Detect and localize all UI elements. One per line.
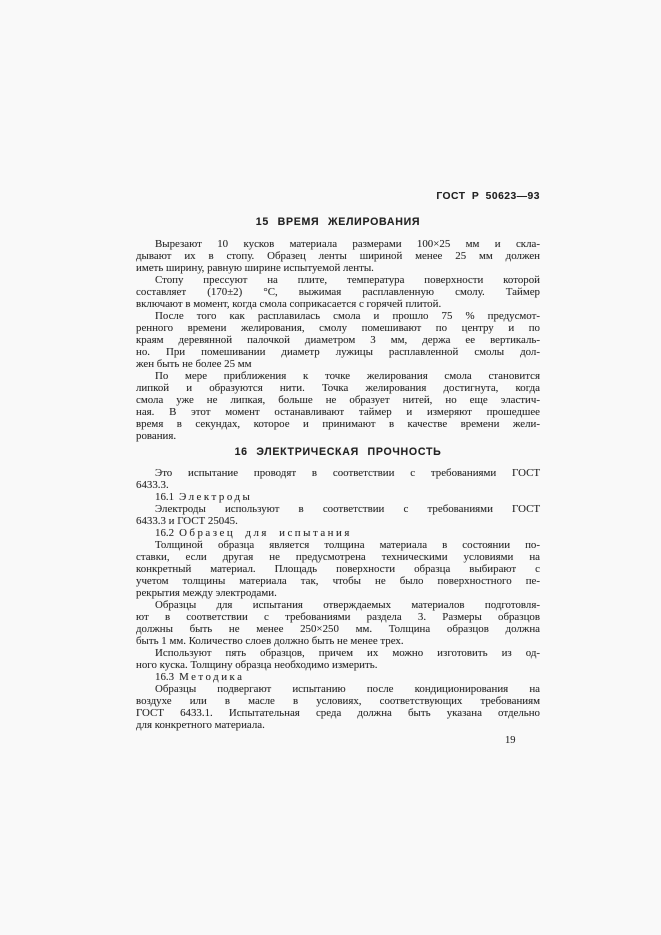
text-line: ная. В этот момент останавливают таймер … [136, 406, 540, 418]
text-line: составляет (170±2) °С, выжимая расплавле… [136, 286, 540, 298]
text-line: рекрытия между электродами. [136, 587, 540, 599]
section-heading: 15 ВРЕМЯ ЖЕЛИРОВАНИЯ [136, 216, 540, 229]
text-line: Вырезают 10 кусков материала размерами 1… [136, 238, 540, 250]
paragraph: После того как расплавилась смола и прош… [136, 310, 540, 370]
text-line: По мере приближения к точке желирования … [136, 370, 540, 382]
text-line: Образцы подвергают испытанию после конди… [136, 683, 540, 695]
text-line: время в секундах, которое и принимают в … [136, 418, 540, 430]
subsection-title: Образец для испытания [179, 527, 352, 539]
text-line: смола уже не липкая, больше не образует … [136, 394, 540, 406]
page-content: ГОСТ Р 50623—93 15 ВРЕМЯ ЖЕЛИРОВАНИЯВыре… [136, 191, 540, 731]
text-line: ГОСТ 6433.1. Испытательная среда должна … [136, 707, 540, 719]
text-line: но. При помешивании диаметр лужицы распл… [136, 346, 540, 358]
document-sections: 15 ВРЕМЯ ЖЕЛИРОВАНИЯВырезают 10 кусков м… [136, 216, 540, 731]
paragraph: Электроды используют в соответствии с тр… [136, 503, 540, 527]
document-code: ГОСТ Р 50623—93 [136, 191, 540, 203]
text-line: Это испытание проводят в соответствии с … [136, 467, 540, 479]
text-line: конкретный материал. Площадь поверхности… [136, 563, 540, 575]
paragraph: Вырезают 10 кусков материала размерами 1… [136, 238, 540, 274]
text-line: Стопу прессуют на плите, температура пов… [136, 274, 540, 286]
text-line: рования. [136, 430, 540, 442]
text-line: 6433.3. [136, 479, 540, 491]
text-line: ют в соответствии с требованиями раздела… [136, 611, 540, 623]
text-line: учетом толщины материала так, чтобы не б… [136, 575, 540, 587]
text-line: липкой и образуются нити. Точка желирова… [136, 382, 540, 394]
subsection-title: Методика [179, 671, 244, 683]
subsection-heading: 16.3Методика [136, 671, 540, 683]
text-line: иметь ширину, равную ширине испытуемой л… [136, 262, 540, 274]
text-line: жен быть не более 25 мм [136, 358, 540, 370]
subsection-heading: 16.1Электроды [136, 491, 540, 503]
text-line: Используют пять образцов, причем их можн… [136, 647, 540, 659]
subsection-number: 16.2 [155, 527, 174, 539]
subsection-number: 16.3 [155, 671, 174, 683]
page-number: 19 [505, 735, 516, 746]
paragraph: Образцы для испытания отверждаемых матер… [136, 599, 540, 671]
section-heading: 16 ЭЛЕКТРИЧЕСКАЯ ПРОЧНОСТЬ [136, 446, 540, 459]
paragraph: По мере приближения к точке желирования … [136, 370, 540, 442]
subsection-heading: 16.2Образец для испытания [136, 527, 540, 539]
scanned-document-page: ГОСТ Р 50623—93 15 ВРЕМЯ ЖЕЛИРОВАНИЯВыре… [0, 0, 661, 935]
subsection-number: 16.1 [155, 491, 174, 503]
text-line: быть 1 мм. Количество слоев должно быть … [136, 635, 540, 647]
text-line: Толщиной образца является толщина матери… [136, 539, 540, 551]
text-line: Электроды используют в соответствии с тр… [136, 503, 540, 515]
text-line: Образцы для испытания отверждаемых матер… [136, 599, 540, 611]
text-line: дывают их в стопу. Образец ленты шириной… [136, 250, 540, 262]
text-line: воздухе или в масле в условиях, соответс… [136, 695, 540, 707]
subsection-title: Электроды [179, 491, 252, 503]
paragraph: Толщиной образца является толщина матери… [136, 539, 540, 599]
paragraph: Стопу прессуют на плите, температура пов… [136, 274, 540, 310]
text-line: После того как расплавилась смола и прош… [136, 310, 540, 322]
text-line: ного куска. Толщину образца необходимо и… [136, 659, 540, 671]
paragraph: Это испытание проводят в соответствии с … [136, 467, 540, 491]
text-line: краям деревянной палочкой диаметром 3 мм… [136, 334, 540, 346]
text-line: должны быть не менее 250×250 мм. Толщина… [136, 623, 540, 635]
text-line: ставки, если другая не предусмотрена тех… [136, 551, 540, 563]
text-line: 6433.3 и ГОСТ 25045. [136, 515, 540, 527]
text-line: для конкретного материала. [136, 719, 540, 731]
text-line: ренного времени желирования, смолу помеш… [136, 322, 540, 334]
paragraph: Образцы подвергают испытанию после конди… [136, 683, 540, 731]
text-line: включают в момент, когда смола соприкаса… [136, 298, 540, 310]
